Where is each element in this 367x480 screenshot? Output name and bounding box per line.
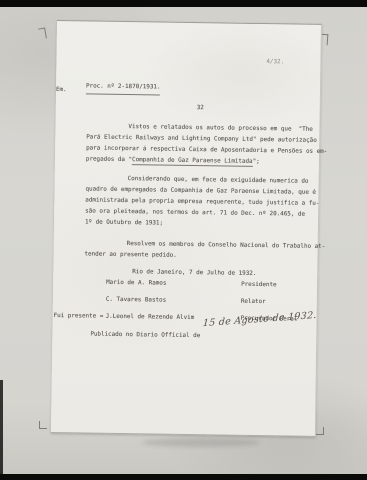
corner-mark-bottom-right <box>316 427 324 435</box>
publication-line: Publicado no Diario Official de <box>90 330 200 343</box>
film-edge-left <box>0 380 3 480</box>
signature-row-relator: C. Tavares Bastos Relator <box>53 296 317 311</box>
body-line-segment: pregados da " <box>86 156 132 163</box>
document-sheet: 4/32. Em. Proc. nº 2-1870/1931. 32 Visto… <box>51 20 322 437</box>
body-line-segment: "; <box>253 159 260 165</box>
film-edge-bottom <box>0 474 367 480</box>
paragraph-considerando: Considerando que, em face da exiguidade … <box>85 173 322 231</box>
corner-mark-top-left <box>38 27 47 39</box>
signatory-name: J.Leonel de Rezende Alvim <box>106 314 195 321</box>
underlined-company-name: Companhia de Gaz Paraense Limitada <box>132 157 253 166</box>
page-number: 32 <box>197 103 204 114</box>
photo-backdrop: 4/32. Em. Proc. nº 2-1870/1931. 32 Visto… <box>0 7 367 474</box>
signatory-name: Mario de A. Ramos <box>106 280 166 287</box>
corner-mark-bottom-left <box>39 421 47 429</box>
paragraph-resolvem: Resolvem os membros do Conselho Nacional… <box>84 238 320 263</box>
margin-note: Em. <box>56 85 67 96</box>
signature-row-president: Mario de A. Ramos Presidente <box>53 279 317 294</box>
signatory-name: C. Tavares Bastos <box>106 297 166 304</box>
signatory-title: Relator <box>241 299 266 305</box>
paragraph-vistos: Vistos e relatados os autos do processo … <box>86 121 323 168</box>
process-number-line: Proc. nº 2-1870/1931. <box>86 81 161 95</box>
signatory-title: Presidente <box>241 282 277 289</box>
photographed-document: 4/32. Em. Proc. nº 2-1870/1931. 32 Visto… <box>0 0 367 480</box>
pencil-page-mark: 4/32. <box>266 57 284 68</box>
backdrop-smudge <box>142 438 260 447</box>
dateline: Rio de Janeiro, 7 de Julho de 1932. <box>132 267 320 281</box>
fui-presente-label: Fui presente = <box>54 313 104 320</box>
decision-body: Vistos e relatados os autos do processo … <box>84 121 322 280</box>
